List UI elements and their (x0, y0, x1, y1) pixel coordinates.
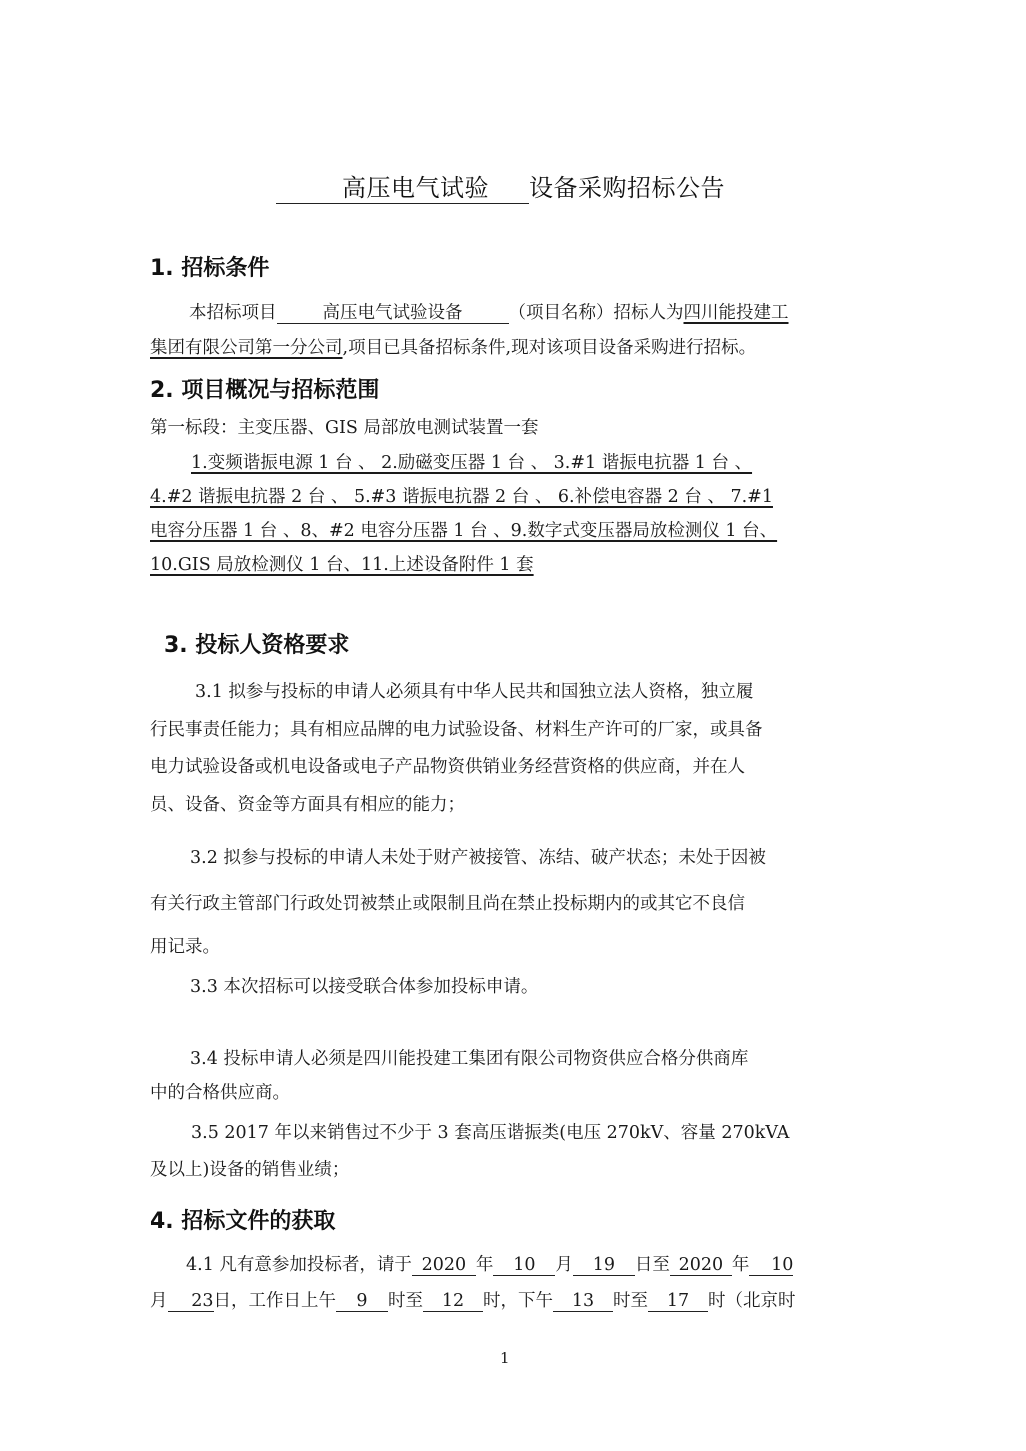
clause-3-4-line1: 3.4 投标申请人必须是四川能投建工集团有限公司物资供应合格分供商库 (190, 1049, 748, 1070)
page-number: 1 (500, 1349, 510, 1367)
clause-4-1-prefix: 4.1 凡有意参加投标者，请于 (186, 1255, 412, 1275)
clause-4-1-suffix: 时（北京时 (708, 1291, 796, 1311)
section3-heading: 3. 投标人资格要求 (164, 628, 349, 659)
tenderer-name-part2: 集团有限公司第一分公司 (150, 338, 343, 358)
section1-paragraph-line1: 本招标项目高压电气试验设备（项目名称）招标人为四川能投建工 (189, 303, 789, 324)
clause-4-1-line1: 4.1 凡有意参加投标者，请于2020年10月19日至2020年10 (186, 1255, 793, 1276)
equipment-list-line1: 1.变频谐振电源 1 台 、 2.励磁变压器 1 台 、 3.#1 谐振电抗器 … (191, 453, 752, 474)
clause-3-2-line1: 3.2 拟参与投标的申请人未处于财产被接管、冻结、破产状态；未处于因被 (190, 848, 766, 869)
section1-mid: （项目名称）招标人为 (509, 303, 684, 323)
end-year-field: 2020 (670, 1255, 732, 1276)
label-day-to: 日至 (635, 1255, 670, 1275)
section4-heading: 4. 招标文件的获取 (150, 1204, 335, 1235)
clause-3-1-line4: 员、设备、资金等方面具有相应的能力； (150, 795, 465, 816)
section2-heading: 2. 项目概况与招标范围 (150, 373, 379, 404)
label-workday-am: 日，工作日上午 (214, 1291, 337, 1311)
label-pm: 时，下午 (483, 1291, 553, 1311)
label-to1: 时至 (388, 1291, 423, 1311)
clause-3-2-line2: 有关行政主管部门行政处罚被禁止或限制且尚在禁止投标期内的或其它不良信 (150, 894, 745, 915)
clause-3-2-line3: 用记录。 (150, 937, 220, 958)
clause-3-3: 3.3 本次招标可以接受联合体参加投标申请。 (190, 977, 538, 998)
document-title: 高压电气试验设备采购招标公告 (276, 168, 725, 204)
lot-description: 第一标段：主变压器、GIS 局部放电测试装置一套 (150, 418, 538, 439)
clause-4-1-line2: 月23日，工作日上午9时至12时，下午13时至17时（北京时 (150, 1291, 796, 1312)
start-month-field: 10 (493, 1255, 555, 1276)
pm-start-field: 13 (553, 1291, 613, 1312)
title-suffix: 设备采购招标公告 (529, 174, 725, 202)
section1-suffix: ,项目已具备招标条件,现对该项目设备采购进行招标。 (343, 338, 757, 358)
start-year-field: 2020 (412, 1255, 476, 1276)
label-month2: 月 (150, 1291, 168, 1311)
clause-3-5-line2: 及以上)设备的销售业绩； (150, 1160, 349, 1181)
clause-3-1-line1: 3.1 拟参与投标的申请人必须具有中华人民共和国独立法人资格，独立履 (195, 682, 753, 703)
start-day-field: 19 (573, 1255, 635, 1276)
equipment-list-line4: 10.GIS 局放检测仪 1 台、11.上述设备附件 1 套 (150, 555, 534, 576)
am-end-field: 12 (423, 1291, 483, 1312)
label-to2: 时至 (613, 1291, 648, 1311)
am-start-field: 9 (336, 1291, 388, 1312)
equipment-list-line2: 4.#2 谐振电抗器 2 台 、 5.#3 谐振电抗器 2 台 、 6.补偿电容… (150, 487, 773, 508)
section1-paragraph-line2: 集团有限公司第一分公司,项目已具备招标条件,现对该项目设备采购进行招标。 (150, 338, 756, 359)
label-year2: 年 (732, 1255, 750, 1275)
clause-3-1-line2: 行民事责任能力；具有相应品牌的电力试验设备、材料生产许可的厂家，或具备 (150, 720, 763, 741)
section1-heading: 1. 招标条件 (150, 251, 269, 282)
section1-prefix: 本招标项目 (189, 303, 277, 323)
label-month: 月 (555, 1255, 573, 1275)
title-blank-field: 高压电气试验 (276, 168, 529, 204)
project-name-field: 高压电气试验设备 (277, 303, 509, 324)
end-day-field: 23 (168, 1291, 214, 1312)
clause-3-1-line3: 电力试验设备或机电设备或电子产品物资供销业务经营资格的供应商，并在人 (150, 757, 745, 778)
clause-3-5-line1: 3.5 2017 年以来销售过不少于 3 套高压谐振类(电压 270kV、容量 … (191, 1123, 789, 1144)
end-month-field: 10 (749, 1255, 793, 1276)
label-year: 年 (476, 1255, 494, 1275)
pm-end-field: 17 (648, 1291, 708, 1312)
equipment-list-line3: 电容分压器 1 台 、8、#2 电容分压器 1 台 、9.数字式变压器局放检测仪… (150, 521, 777, 542)
tenderer-name-part1: 四川能投建工 (684, 303, 789, 323)
clause-3-4-line2: 中的合格供应商。 (150, 1083, 290, 1104)
